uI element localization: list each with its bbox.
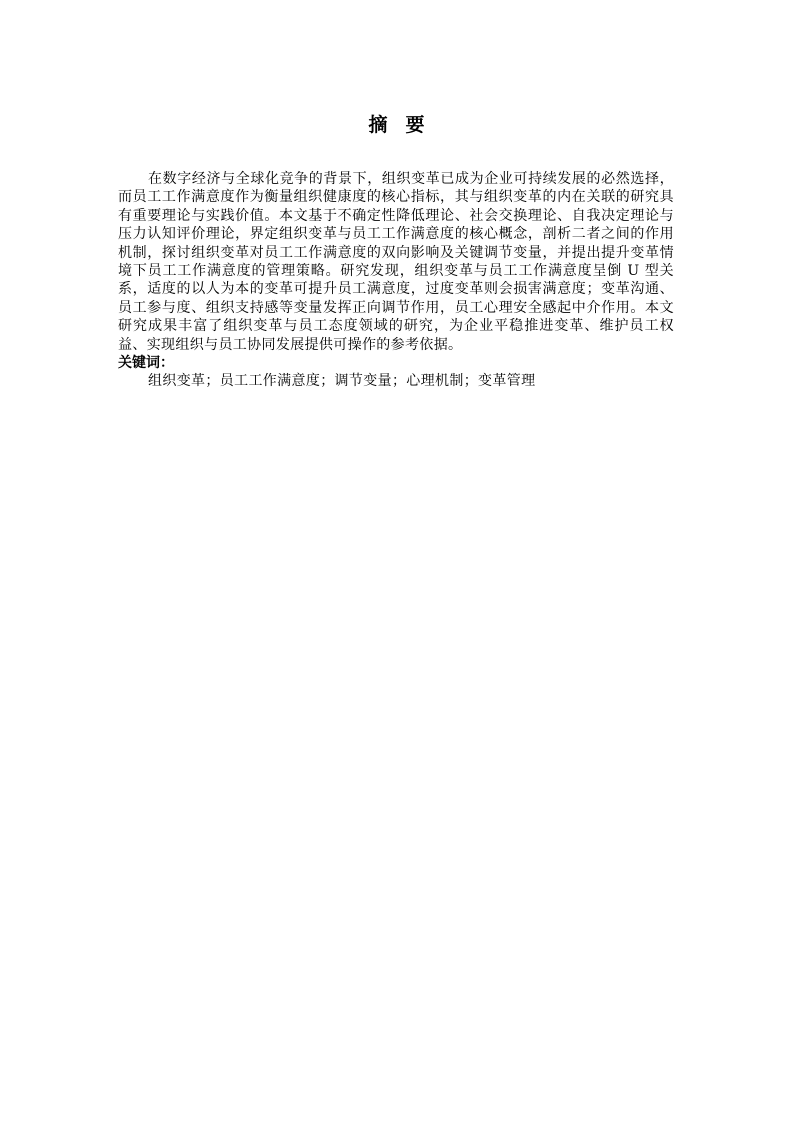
document-page: 摘要 在数字经济与全球化竞争的背景下，组织变革已成为企业可持续发展的必然选择，而… [0,0,793,1122]
abstract-body: 在数字经济与全球化竞争的背景下，组织变革已成为企业可持续发展的必然选择，而员工工… [118,170,674,391]
abstract-paragraph: 在数字经济与全球化竞争的背景下，组织变革已成为企业可持续发展的必然选择，而员工工… [118,170,674,354]
keywords-label: 关键词： [118,354,674,372]
keywords-list: 组织变革；员工工作满意度；调节变量；心理机制；变革管理 [118,372,674,390]
abstract-title: 摘要 [0,113,793,137]
